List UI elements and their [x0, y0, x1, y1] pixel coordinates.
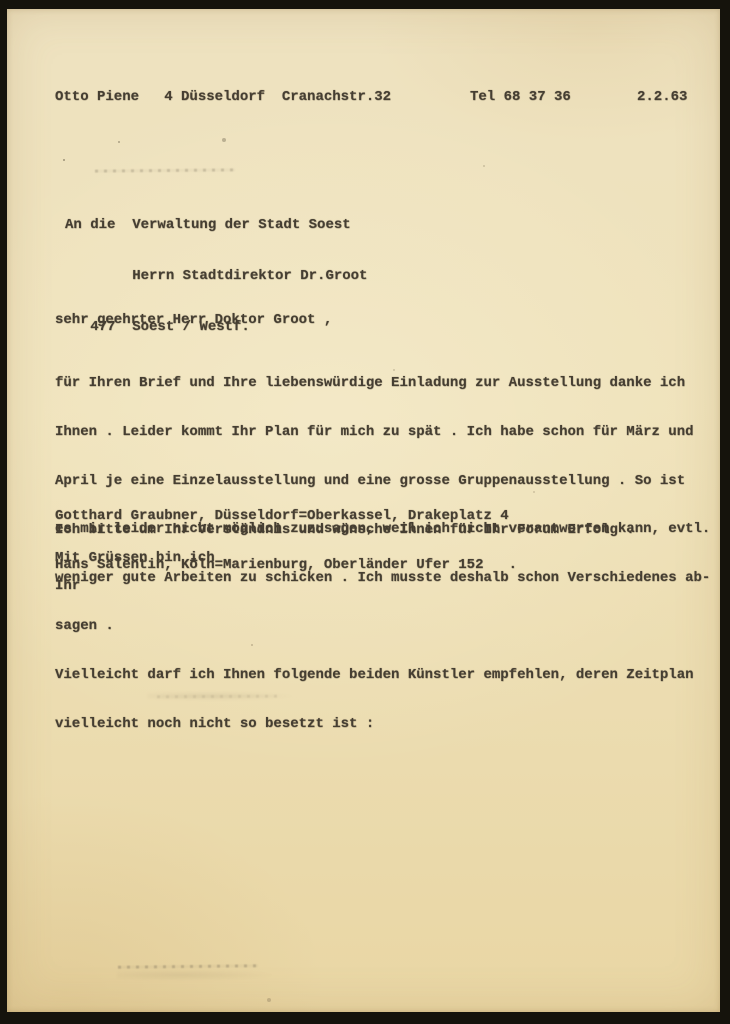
- letter-date: 2.2.63: [637, 89, 687, 105]
- recipient-line: An die Verwaltung der Stadt Soest: [65, 217, 367, 234]
- closing-request-line: Ich bitte um Ihr Verständnis und wünsche…: [55, 522, 635, 538]
- salutation-line: sehr geehrter Herr Doktor Groot ,: [55, 312, 332, 328]
- body-line: sagen .: [55, 618, 710, 634]
- body-line: Vielleicht darf ich Ihnen folgende beide…: [55, 667, 710, 683]
- erasure-mark-middle: [157, 695, 277, 699]
- paper-specks: [63, 159, 65, 161]
- body-line: für Ihren Brief und Ihre liebenswürdige …: [55, 375, 710, 391]
- letter-page: Otto Piene 4 Düsseldorf Cranachstr.32 Te…: [7, 9, 720, 1012]
- telephone-number: Tel 68 37 36: [470, 89, 571, 105]
- recommended-artists-block: Gotthard Graubner, Düsseldorf=Oberkassel…: [55, 476, 517, 606]
- recipient-line: Herrn Stadtdirektor Dr.Groot: [65, 268, 367, 285]
- recipient-address-block: An die Verwaltung der Stadt Soest Herrn …: [65, 183, 367, 370]
- erasure-smudge-bottom: [117, 969, 277, 981]
- body-line: Ihnen . Leider kommt Ihr Plan für mich z…: [55, 424, 710, 440]
- erasure-mark-top: [95, 168, 235, 172]
- signature-prefix-line: Ihr: [55, 578, 80, 594]
- body-line: vielleicht noch nicht so besetzt ist :: [55, 716, 710, 732]
- sender-address-line: Otto Piene 4 Düsseldorf Cranachstr.32: [55, 89, 391, 105]
- closing-greeting-line: Mit Grüssen bin ich: [55, 550, 215, 566]
